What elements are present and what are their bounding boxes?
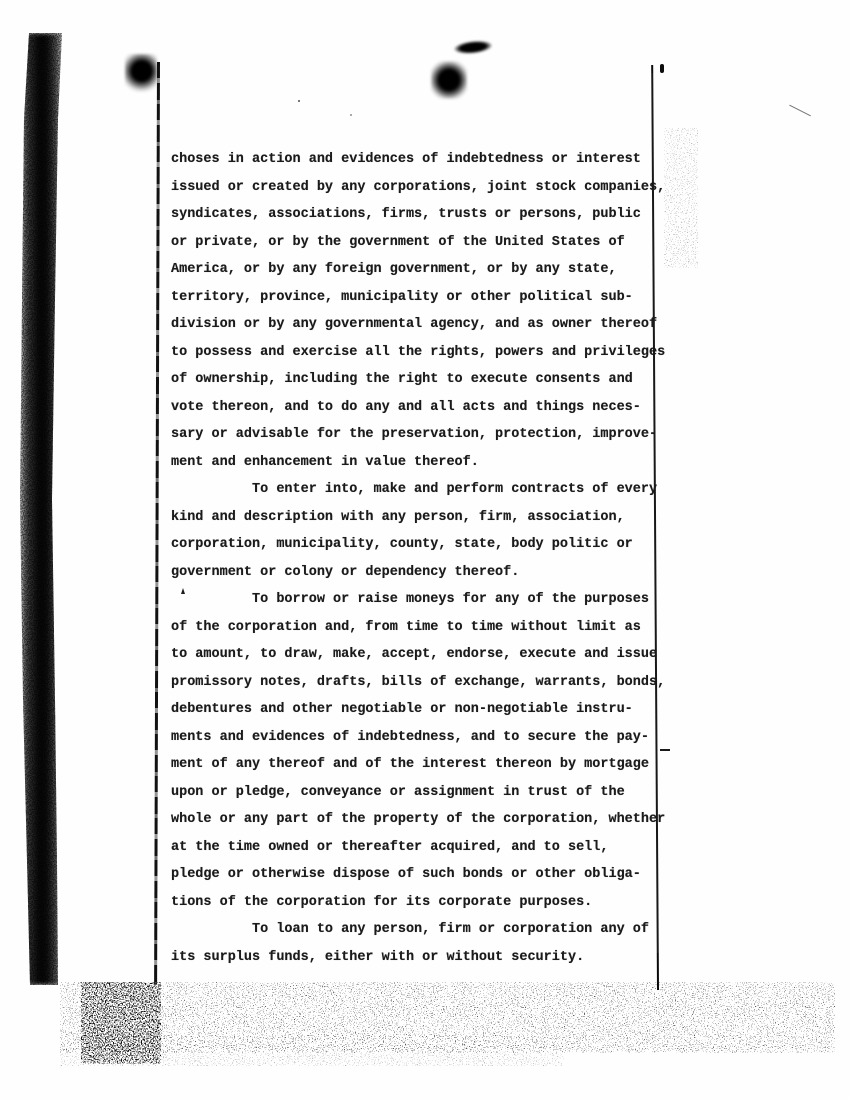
ink-blot-top-center — [431, 61, 467, 99]
scanned-document-page: choses in action and evidences of indebt… — [0, 0, 849, 1100]
scan-gutter-shadow — [16, 33, 66, 985]
ink-smudge-top-center — [449, 38, 492, 57]
hairline-scratch — [789, 105, 811, 117]
ink-speck — [350, 114, 352, 116]
scan-noise-bottom — [60, 982, 835, 1067]
ink-blot-left-margin — [125, 54, 157, 92]
scan-noise-right-margin — [664, 128, 698, 268]
right-margin-line-head — [660, 64, 664, 73]
typewritten-text: choses in action and evidences of indebt… — [171, 146, 665, 971]
left-margin-line — [154, 62, 159, 985]
scan-gutter-grain — [16, 33, 66, 985]
ink-speck — [298, 100, 300, 102]
